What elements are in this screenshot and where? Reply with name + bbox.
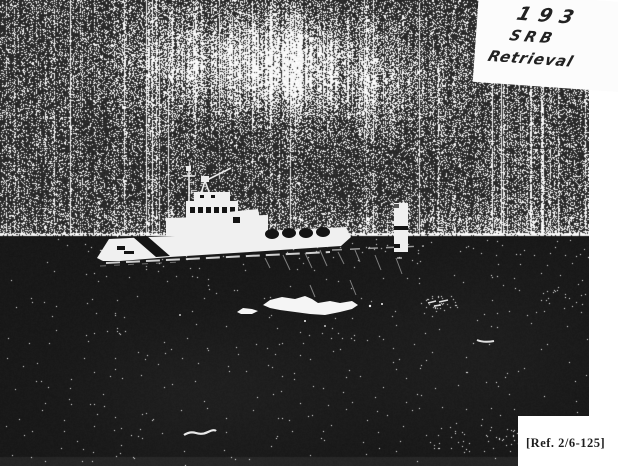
deck-dome <box>282 228 296 238</box>
note-line-retrieval: Retrieval <box>486 47 576 71</box>
ship-bow-mark <box>117 246 125 250</box>
ship-superstructure <box>166 192 268 236</box>
deck-dome <box>265 229 279 239</box>
ship-foremast-top <box>186 166 191 171</box>
ship-mast-top <box>201 176 209 182</box>
srb-booster <box>394 203 408 259</box>
deck-dome <box>316 227 330 237</box>
scanned-page: 193 SRB Retrieval [Ref. 2/6-125] <box>0 0 618 466</box>
ship-funnel <box>226 209 263 236</box>
retrieval-ship <box>97 166 424 266</box>
note-line-srb: SRB <box>507 26 558 47</box>
sea-scratches <box>265 250 402 297</box>
ship-bow-mark <box>124 251 134 254</box>
reference-text: [Ref. 2/6-125] <box>526 436 605 451</box>
sea-foam <box>179 296 383 327</box>
handwritten-note: 193 SRB Retrieval <box>473 0 618 92</box>
reference-label: [Ref. 2/6-125] <box>518 416 618 466</box>
note-line-number: 193 <box>514 3 585 29</box>
sea-marks <box>184 300 494 435</box>
deck-dome <box>299 228 313 238</box>
